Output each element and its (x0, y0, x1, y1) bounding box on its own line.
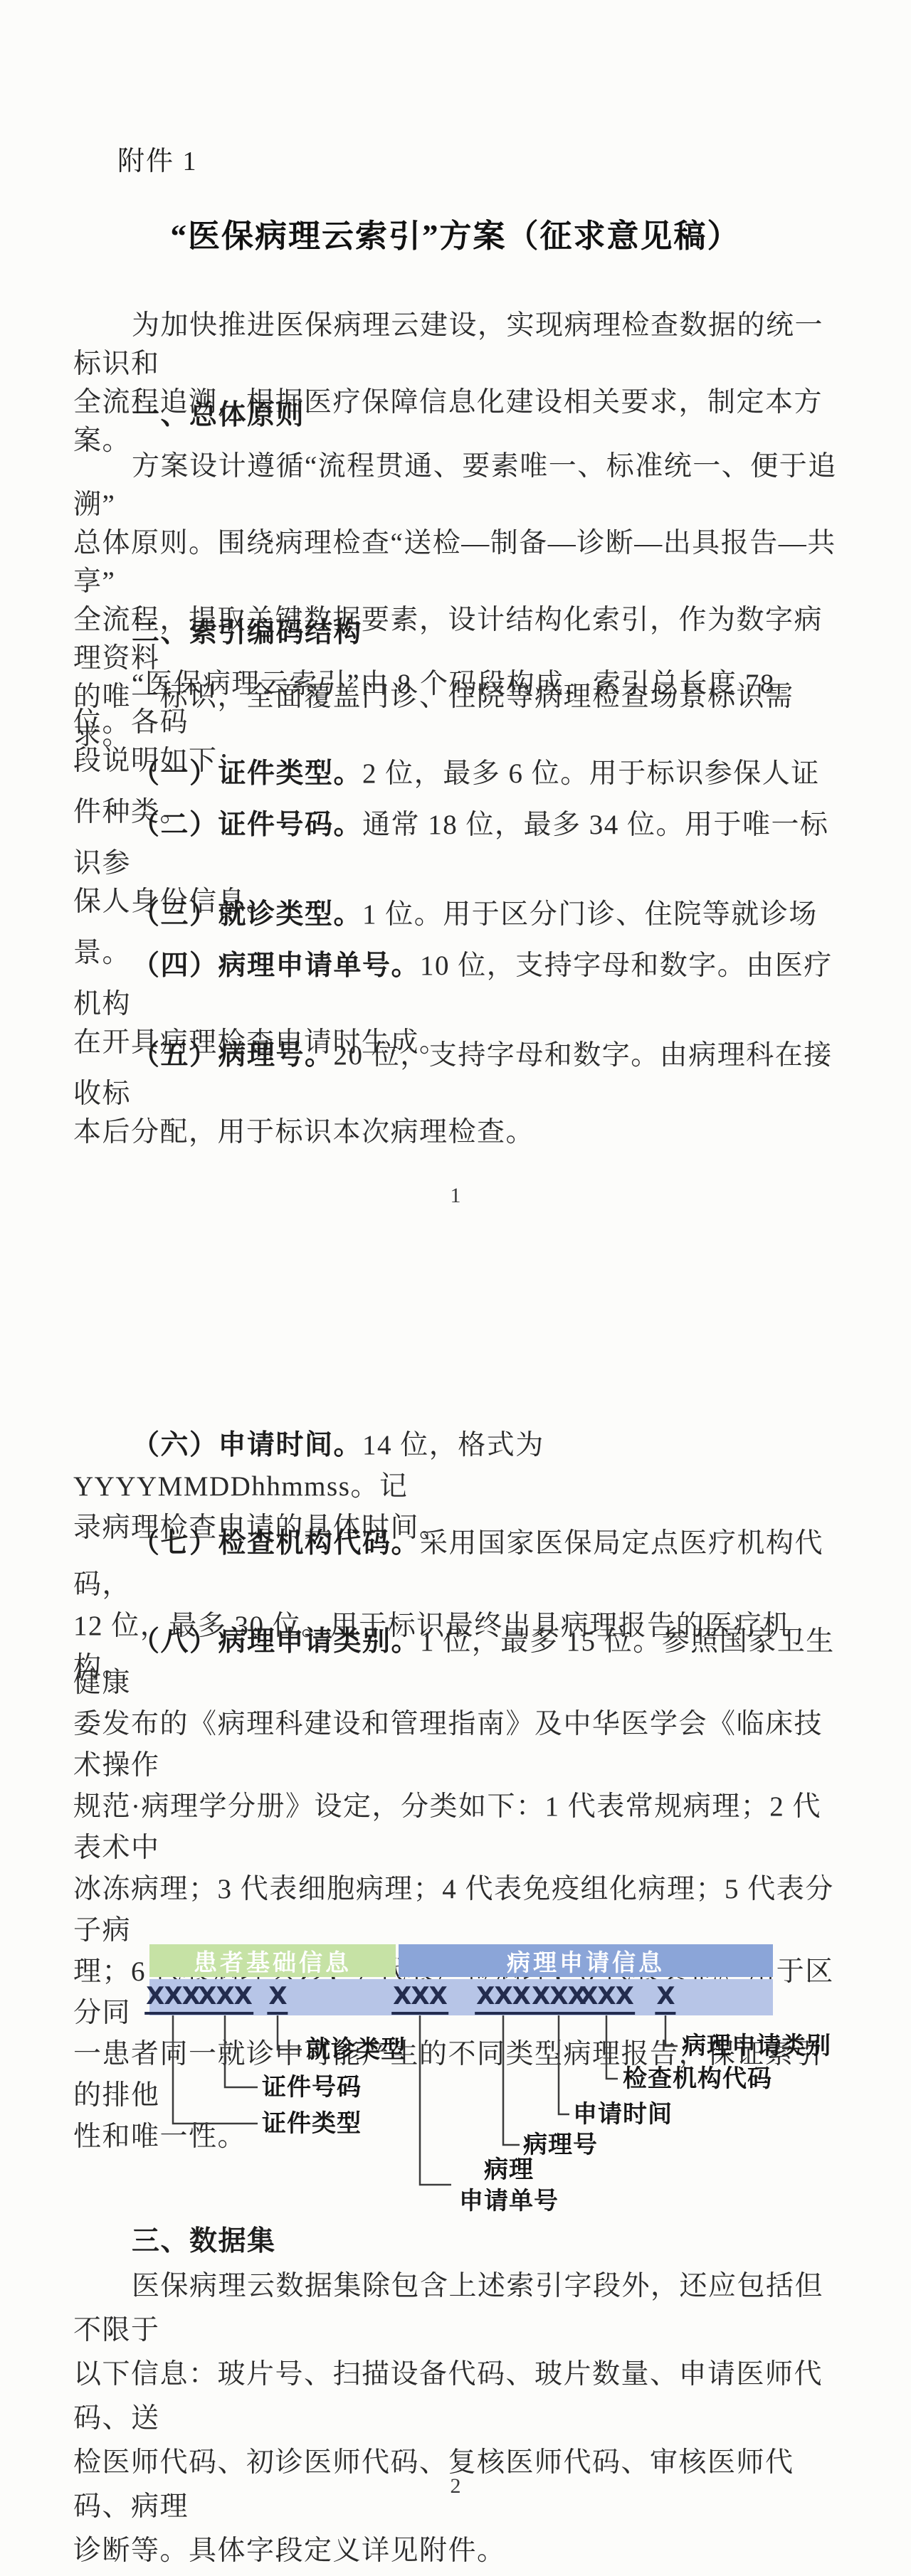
diagram-label-apply-time: 申请时间 (573, 2100, 673, 2129)
heading-index-structure: 二、索引编码结构 (73, 614, 841, 652)
document-page: 附件 1 “医保病理云索引”方案（征求意见稿） 为加快推进医保病理云建设，实现病… (0, 0, 911, 2576)
diagram-label-apply-category: 病理申请类别 (682, 2032, 831, 2060)
item-path-no: （五）病理号。20 位，支持字母和数字。由病理科在接收标 本后分配，用于标识本次… (73, 1037, 841, 1152)
code-segment-apply-category: X (655, 1983, 675, 2015)
diagram-label-cert-type: 证件类型 (262, 2109, 362, 2138)
code-segment-path-order-no: XXX (391, 1983, 448, 2015)
code-segment-org-code: XXX (578, 1983, 635, 2015)
leader-apply-time (559, 2015, 569, 2114)
diagram-label-visit-type: 就诊类型 (306, 2035, 406, 2064)
code-segment-visit-type: X (267, 1983, 288, 2015)
item-path-order-no-term: （四）病理申请单号。 (132, 950, 420, 981)
annex-label: 附件 1 (117, 139, 198, 178)
para-intro: 为加快推进医保病理云建设，实现病理检查数据的统一标识和 全流程追溯，根据医疗保障… (73, 307, 841, 460)
diagram-label-cert-no: 证件号码 (262, 2073, 362, 2101)
diagram-header-pathology-apply-info: 病理申请信息 (399, 1944, 773, 1977)
page-number-2: 2 (0, 2474, 911, 2498)
item-visit-type-term: （三）就诊类型。 (132, 899, 362, 930)
code-segment-cert-type: XXX (144, 1983, 201, 2015)
leader-cert-type (173, 2015, 258, 2124)
diagram-label-path-order-no: 病理 申请单号 (452, 2154, 566, 2217)
item-cert-type-term: （一）证件类型。 (132, 758, 362, 789)
item-path-no-term: （五）病理号。 (132, 1040, 334, 1071)
leader-org-code (606, 2015, 618, 2079)
page-number-1: 1 (0, 1184, 911, 1208)
heading-dataset: 三、数据集 (73, 2221, 841, 2262)
leader-path-no (503, 2015, 520, 2145)
leader-path-order-no (420, 2015, 451, 2185)
item-apply-category-term: （八）病理申请类别。 (132, 1626, 420, 1657)
doc-title: “医保病理云索引”方案（征求意见稿） (0, 213, 911, 259)
leader-cert-no (225, 2015, 258, 2087)
para-dataset: 医保病理云数据集除包含上述索引字段外，还应包括但不限于 以下信息：玻片号、扫描设… (73, 2264, 841, 2573)
item-org-code-term: （七）检查机构代码。 (132, 1528, 420, 1559)
heading-overall-principles: 一、总体原则 (73, 396, 841, 435)
leader-apply-category (665, 2015, 678, 2046)
code-segment-cert-no: XXX (196, 1983, 253, 2015)
item-apply-time-term: （六）申请时间。 (132, 1430, 362, 1461)
item-cert-no-term: （二）证件号码。 (132, 810, 362, 840)
diagram-header-patient-info: 患者基础信息 (149, 1944, 396, 1977)
code-segment-path-no: XXX (475, 1983, 532, 2015)
leader-visit-type (278, 2015, 302, 2050)
diagram-label-org-code: 检查机构代码 (623, 2064, 772, 2093)
